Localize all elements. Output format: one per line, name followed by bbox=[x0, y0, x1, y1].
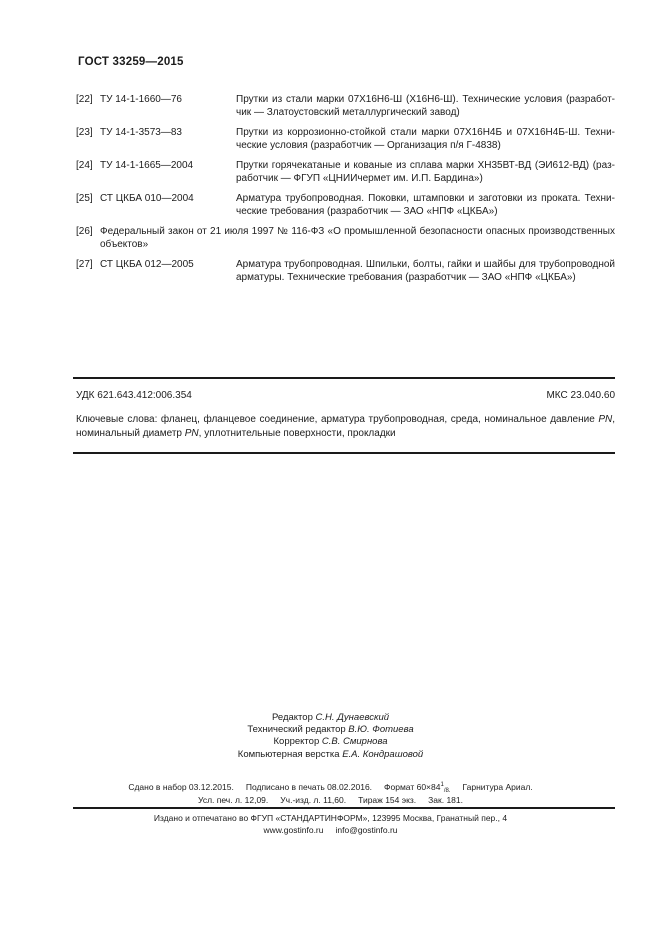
reference-code: ТУ 14-1-1665—2004 bbox=[100, 159, 236, 185]
imprint-line-2: Усл. печ. л. 12,09.Уч.-изд. л. 11,60.Тир… bbox=[0, 795, 661, 807]
credit-line-technical-editor: Технический редактор В.Ю. Фотиева bbox=[0, 724, 661, 736]
keywords-lead: Ключевые слова: фланец, фланцевое соедин… bbox=[76, 414, 598, 425]
publisher-website: www.gostinfo.ru bbox=[263, 825, 323, 835]
reference-item: [25] СТ ЦКБА 010—2004 Арматура трубопров… bbox=[76, 192, 615, 218]
reference-item: [23] ТУ 14-1-3573—83 Прутки из коррозион… bbox=[76, 126, 615, 152]
classification-line: УДК 621.643.412:006.354 МКС 23.040.60 bbox=[76, 390, 615, 401]
reference-number: [22] bbox=[76, 93, 100, 119]
reference-code: СТ ЦКБА 010—2004 bbox=[100, 192, 236, 218]
horizontal-rule-top bbox=[73, 377, 615, 379]
reference-item: [24] ТУ 14-1-1665—2004 Прутки горячеката… bbox=[76, 159, 615, 185]
imprint-set-date: Сдано в набор 03.12.2015. bbox=[128, 782, 234, 792]
reference-item: [22] ТУ 14-1-1660—76 Прутки из стали мар… bbox=[76, 93, 615, 119]
imprint-publishing-sheets: Уч.-изд. л. 11,60. bbox=[280, 795, 346, 805]
reference-description: Арматура трубопроводная. Поковки, штампо… bbox=[236, 192, 615, 218]
imprint-format: Формат 60×841/8. bbox=[384, 782, 450, 792]
publisher-line: Издано и отпечатано во ФГУП «СТАНДАРТИНФ… bbox=[0, 813, 661, 825]
credit-role: Технический редактор bbox=[247, 724, 348, 735]
credit-role: Компьютерная верстка bbox=[238, 749, 342, 760]
credit-name: С.В. Смирнова bbox=[322, 736, 388, 747]
reference-description: Федеральный закон от 21 июля 1997 № 116-… bbox=[100, 225, 615, 251]
reference-number: [24] bbox=[76, 159, 100, 185]
credit-name: В.Ю. Фотиева bbox=[348, 724, 413, 735]
references-list: [22] ТУ 14-1-1660—76 Прутки из стали мар… bbox=[76, 93, 615, 291]
publisher-contacts: www.gostinfo.ruinfo@gostinfo.ru bbox=[0, 825, 661, 837]
credit-line-layout: Компьютерная верстка Е.А. Кондрашовой bbox=[0, 749, 661, 761]
credit-role: Редактор bbox=[272, 712, 316, 723]
credit-line-proofreader: Корректор С.В. Смирнова bbox=[0, 736, 661, 748]
credit-role: Корректор bbox=[274, 736, 322, 747]
reference-item: [26] Федеральный закон от 21 июля 1997 №… bbox=[76, 225, 615, 251]
imprint-format-label: Формат 60×84 bbox=[384, 782, 440, 792]
keywords-tail: , уплотнительные поверхности, прокладки bbox=[199, 428, 396, 439]
credit-name: Е.А. Кондрашовой bbox=[342, 749, 423, 760]
credit-line-editor: Редактор С.Н. Дунаевский bbox=[0, 712, 661, 724]
imprint-block: Сдано в набор 03.12.2015.Подписано в печ… bbox=[0, 780, 661, 807]
reference-number: [23] bbox=[76, 126, 100, 152]
reference-description: Арматура трубопроводная. Шпильки, болты,… bbox=[236, 258, 615, 284]
reference-code: ТУ 14-1-1660—76 bbox=[100, 93, 236, 119]
horizontal-rule-bottom bbox=[73, 807, 615, 809]
imprint-order-number: Зак. 181. bbox=[428, 795, 463, 805]
imprint-print-date: Подписано в печать 08.02.2016. bbox=[246, 782, 372, 792]
horizontal-rule-middle bbox=[73, 452, 615, 454]
keyword-pn-diameter: PN bbox=[185, 428, 199, 439]
reference-description: Прутки горячекатаные и кованые из сплава… bbox=[236, 159, 615, 185]
document-page: ГОСТ 33259—2015 [22] ТУ 14-1-1660—76 Пру… bbox=[0, 0, 661, 935]
standard-number: ГОСТ 33259—2015 bbox=[78, 56, 184, 68]
imprint-circulation: Тираж 154 экз. bbox=[358, 795, 416, 805]
reference-code: ТУ 14-1-3573—83 bbox=[100, 126, 236, 152]
reference-description: Прутки из коррозионно-стойкой стали марк… bbox=[236, 126, 615, 152]
publisher-block: Издано и отпечатано во ФГУП «СТАНДАРТИНФ… bbox=[0, 813, 661, 836]
reference-number: [25] bbox=[76, 192, 100, 218]
mks-code: МКС 23.040.60 bbox=[546, 390, 615, 401]
publisher-email: info@gostinfo.ru bbox=[335, 825, 397, 835]
reference-description: Прутки из стали марки 07Х16Н6-Ш (Х16Н6-Ш… bbox=[236, 93, 615, 119]
imprint-format-denominator: /8. bbox=[444, 788, 451, 794]
imprint-line-1: Сдано в набор 03.12.2015.Подписано в печ… bbox=[0, 780, 661, 795]
imprint-typeface: Гарнитура Ариал. bbox=[462, 782, 532, 792]
imprint-conventional-sheets: Усл. печ. л. 12,09. bbox=[198, 795, 268, 805]
reference-code: СТ ЦКБА 012—2005 bbox=[100, 258, 236, 284]
udk-code: УДК 621.643.412:006.354 bbox=[76, 390, 192, 401]
credits-block: Редактор С.Н. Дунаевский Технический ред… bbox=[0, 712, 661, 761]
keywords-paragraph: Ключевые слова: фланец, фланцевое соедин… bbox=[76, 413, 615, 440]
credit-name: С.Н. Дунаевский bbox=[316, 712, 390, 723]
reference-item: [27] СТ ЦКБА 012—2005 Арматура трубопров… bbox=[76, 258, 615, 284]
reference-number: [26] bbox=[76, 225, 100, 251]
keyword-pn-pressure: PN bbox=[598, 414, 612, 425]
reference-number: [27] bbox=[76, 258, 100, 284]
